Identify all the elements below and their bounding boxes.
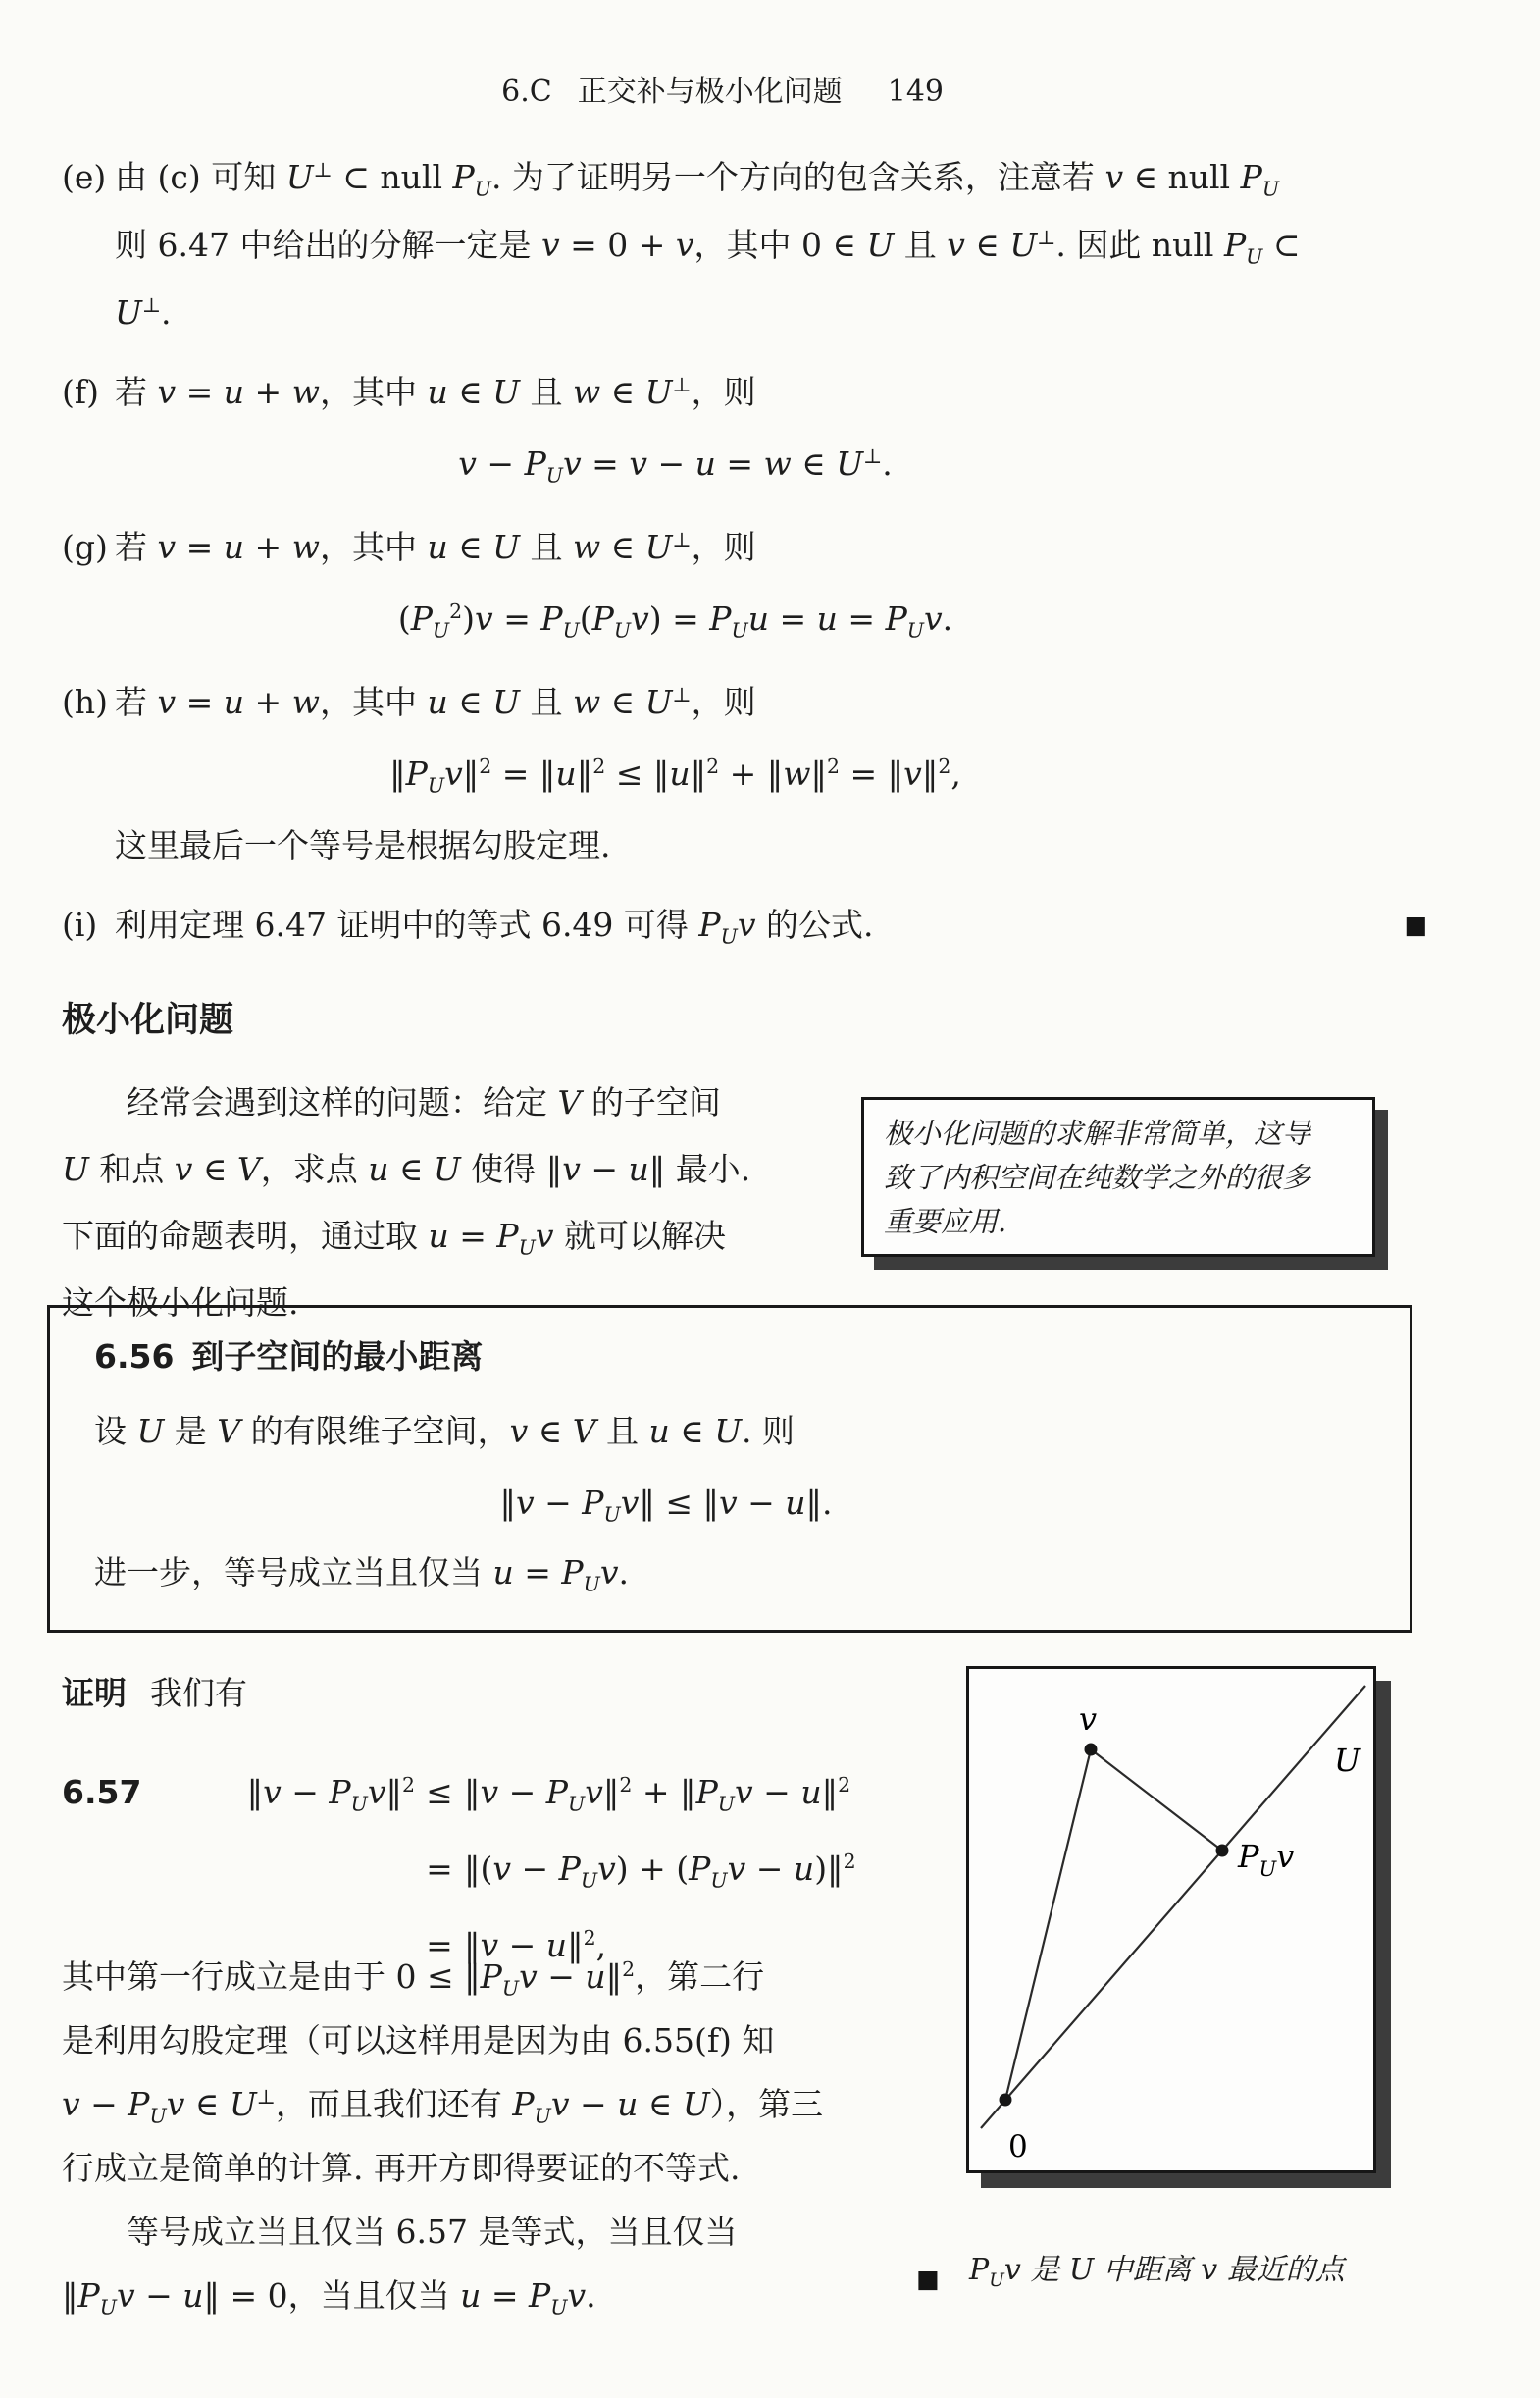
label-puv-arg: v	[1276, 1838, 1294, 1875]
proof-label: 证明	[62, 1674, 127, 1712]
proof-item-list: (e) 由 (c) 可知 U⊥ ⊂ null PU. 为了证明另一个方向的包含关…	[62, 143, 1427, 970]
label-puv-sub: U	[1259, 1857, 1278, 1881]
text-line: 若 v = u + w，其中 u ∈ U 且 w ∈ U⊥，则	[115, 358, 1427, 426]
note-line: 致了内积空间在纯数学之外的很多	[884, 1156, 1353, 1200]
equation-relation: ≤	[415, 1754, 464, 1831]
point-origin	[1000, 2094, 1012, 2107]
book-page: 6.C 正交补与极小化问题 149 (e) 由 (c) 可知 U⊥ ⊂ null…	[0, 0, 1540, 2398]
text-line: 这里最后一个等号是根据勾股定理.	[115, 811, 1427, 879]
qed-square: ■	[916, 2245, 940, 2313]
list-item-g: (g) 若 v = u + w，其中 u ∈ U 且 w ∈ U⊥，则 (PU2…	[62, 513, 1427, 656]
list-item-h: (h) 若 v = u + w，其中 u ∈ U 且 w ∈ U⊥，则 ‖PUv…	[62, 668, 1427, 879]
section-number: 6.C	[501, 75, 552, 109]
text-line: 利用定理 6.47 证明中的等式 6.49 可得 PUv 的公式. ■	[115, 891, 1427, 959]
figure-caption: PUv 是 U 中距离 v 最近的点	[969, 2245, 1391, 2288]
list-item-f: (f) 若 v = u + w，其中 u ∈ U 且 w ∈ U⊥，则 v − …	[62, 358, 1427, 501]
equation-lhs	[146, 1831, 415, 1907]
equation-rhs: ‖(v − PUv) + (PUv − u)‖2	[464, 1831, 856, 1907]
item-label: (e)	[62, 143, 115, 346]
display-formula: ‖PUv‖2 = ‖u‖2 ≤ ‖u‖2 + ‖w‖2 = ‖v‖2,	[115, 736, 1427, 811]
text-line: v − PUv ∈ U⊥，而且我们还有 PUv − u ∈ U），第三	[62, 2072, 964, 2136]
theorem-title: 6.56到子空间的最小距离	[94, 1331, 1365, 1378]
qed-square: ■	[1404, 891, 1427, 959]
item-body: 若 v = u + w，其中 u ∈ U 且 w ∈ U⊥，则 (PU2)v =…	[115, 513, 1427, 656]
point-puv	[1216, 1845, 1229, 1857]
list-item-e: (e) 由 (c) 可知 U⊥ ⊂ null PU. 为了证明另一个方向的包含关…	[62, 143, 1427, 346]
text-line: 下面的命题表明，通过取 u = PUv 就可以解决	[62, 1203, 856, 1270]
running-title: 正交补与极小化问题	[578, 67, 843, 110]
text-line: 行成立是简单的计算. 再开方即得要证的不等式.	[62, 2136, 964, 2200]
item-label: (h)	[62, 668, 115, 879]
equation-lhs: ‖v − PUv‖2	[146, 1754, 415, 1831]
note-line: 重要应用.	[884, 1200, 1353, 1244]
list-item-i: (i) 利用定理 6.47 证明中的等式 6.49 可得 PUv 的公式. ■	[62, 891, 1427, 959]
equation-relation: =	[415, 1831, 464, 1907]
label-puv: PUv	[1237, 1838, 1294, 1881]
theorem-number: 6.56	[94, 1337, 174, 1376]
item-text: 利用定理 6.47 证明中的等式 6.49 可得 PUv 的公式.	[115, 891, 874, 959]
display-formula: v − PUv = v − u = w ∈ U⊥.	[115, 426, 1427, 501]
text-line: 则 6.47 中给出的分解一定是 v = 0 + v，其中 0 ∈ U 且 v …	[115, 211, 1427, 279]
segment-v-to-puv	[1091, 1749, 1222, 1851]
item-body: 若 v = u + w，其中 u ∈ U 且 w ∈ U⊥，则 v − PUv …	[115, 358, 1427, 501]
text-line: U 和点 v ∈ V，求点 u ∈ U 使得 ‖v − u‖ 最小.	[62, 1136, 856, 1203]
intro-paragraph: 经常会遇到这样的问题：给定 V 的子空间 U 和点 v ∈ V，求点 u ∈ U…	[62, 1069, 856, 1336]
theorem-box: 6.56到子空间的最小距离 设 U 是 V 的有限维子空间，v ∈ V 且 u …	[47, 1305, 1412, 1633]
proof-intro: 我们有	[150, 1674, 247, 1712]
text-line: 由 (c) 可知 U⊥ ⊂ null PU. 为了证明另一个方向的包含关系，注意…	[115, 143, 1427, 211]
subspace-line-U	[981, 1686, 1365, 2128]
display-formula: (PU2)v = PU(PUv) = PUu = u = PUv.	[115, 581, 1427, 656]
point-v	[1085, 1744, 1098, 1756]
figure-box: v U PUv 0	[966, 1666, 1376, 2173]
proof-paragraph: 其中第一行成立是由于 0 ≤ ‖PUv − u‖2，第二行 是利用勾股定理（可以…	[62, 1945, 964, 2327]
text-line: U⊥.	[115, 279, 1427, 346]
item-label: (f)	[62, 358, 115, 501]
label-v: v	[1079, 1700, 1097, 1738]
margin-note-box: 极小化问题的求解非常简单，这导 致了内积空间在纯数学之外的很多 重要应用.	[861, 1097, 1375, 1257]
item-label: (i)	[62, 891, 115, 959]
text-line: 是利用勾股定理（可以这样用是因为由 6.55(f) 知	[62, 2008, 964, 2072]
proof-heading: 证明我们有	[62, 1668, 247, 1714]
segment-v-to-0	[1005, 1749, 1091, 2100]
text-line: 经常会遇到这样的问题：给定 V 的子空间	[62, 1069, 856, 1136]
section-heading: 极小化问题	[62, 993, 233, 1042]
theorem-tail: 进一步，等号成立当且仅当 u = PUv.	[94, 1554, 1365, 1591]
theorem-statement: 设 U 是 V 的有限维子空间，v ∈ V 且 u ∈ U. 则	[94, 1413, 1365, 1450]
running-head: 6.C 正交补与极小化问题 149	[0, 67, 944, 110]
theorem-name: 到子空间的最小距离	[191, 1337, 483, 1376]
label-U: U	[1334, 1742, 1361, 1779]
page-number: 149	[888, 75, 944, 109]
label-origin: 0	[1008, 2129, 1028, 2164]
text-line: 其中第一行成立是由于 0 ≤ ‖PUv − u‖2，第二行	[62, 1945, 964, 2008]
equation-rhs: ‖v − PUv‖2 + ‖PUv − u‖2	[464, 1754, 856, 1831]
projection-diagram: v U PUv 0	[969, 1669, 1373, 2170]
text-line: ‖PUv − u‖ = 0，当且仅当 u = PUv.	[62, 2264, 964, 2327]
item-body: 利用定理 6.47 证明中的等式 6.49 可得 PUv 的公式. ■	[115, 891, 1427, 959]
item-body: 若 v = u + w，其中 u ∈ U 且 w ∈ U⊥，则 ‖PUv‖2 =…	[115, 668, 1427, 879]
item-body: 由 (c) 可知 U⊥ ⊂ null PU. 为了证明另一个方向的包含关系，注意…	[115, 143, 1427, 346]
text-line: 若 v = u + w，其中 u ∈ U 且 w ∈ U⊥，则	[115, 513, 1427, 581]
label-puv-P: P	[1237, 1838, 1259, 1875]
text-line: 等号成立当且仅当 6.57 是等式，当且仅当	[62, 2200, 964, 2264]
item-label: (g)	[62, 513, 115, 656]
note-line: 极小化问题的求解非常简单，这导	[884, 1112, 1353, 1156]
theorem-formula: ‖v − PUv‖ ≤ ‖v − u‖.	[94, 1482, 1365, 1525]
text-line: 若 v = u + w，其中 u ∈ U 且 w ∈ U⊥，则	[115, 668, 1427, 736]
